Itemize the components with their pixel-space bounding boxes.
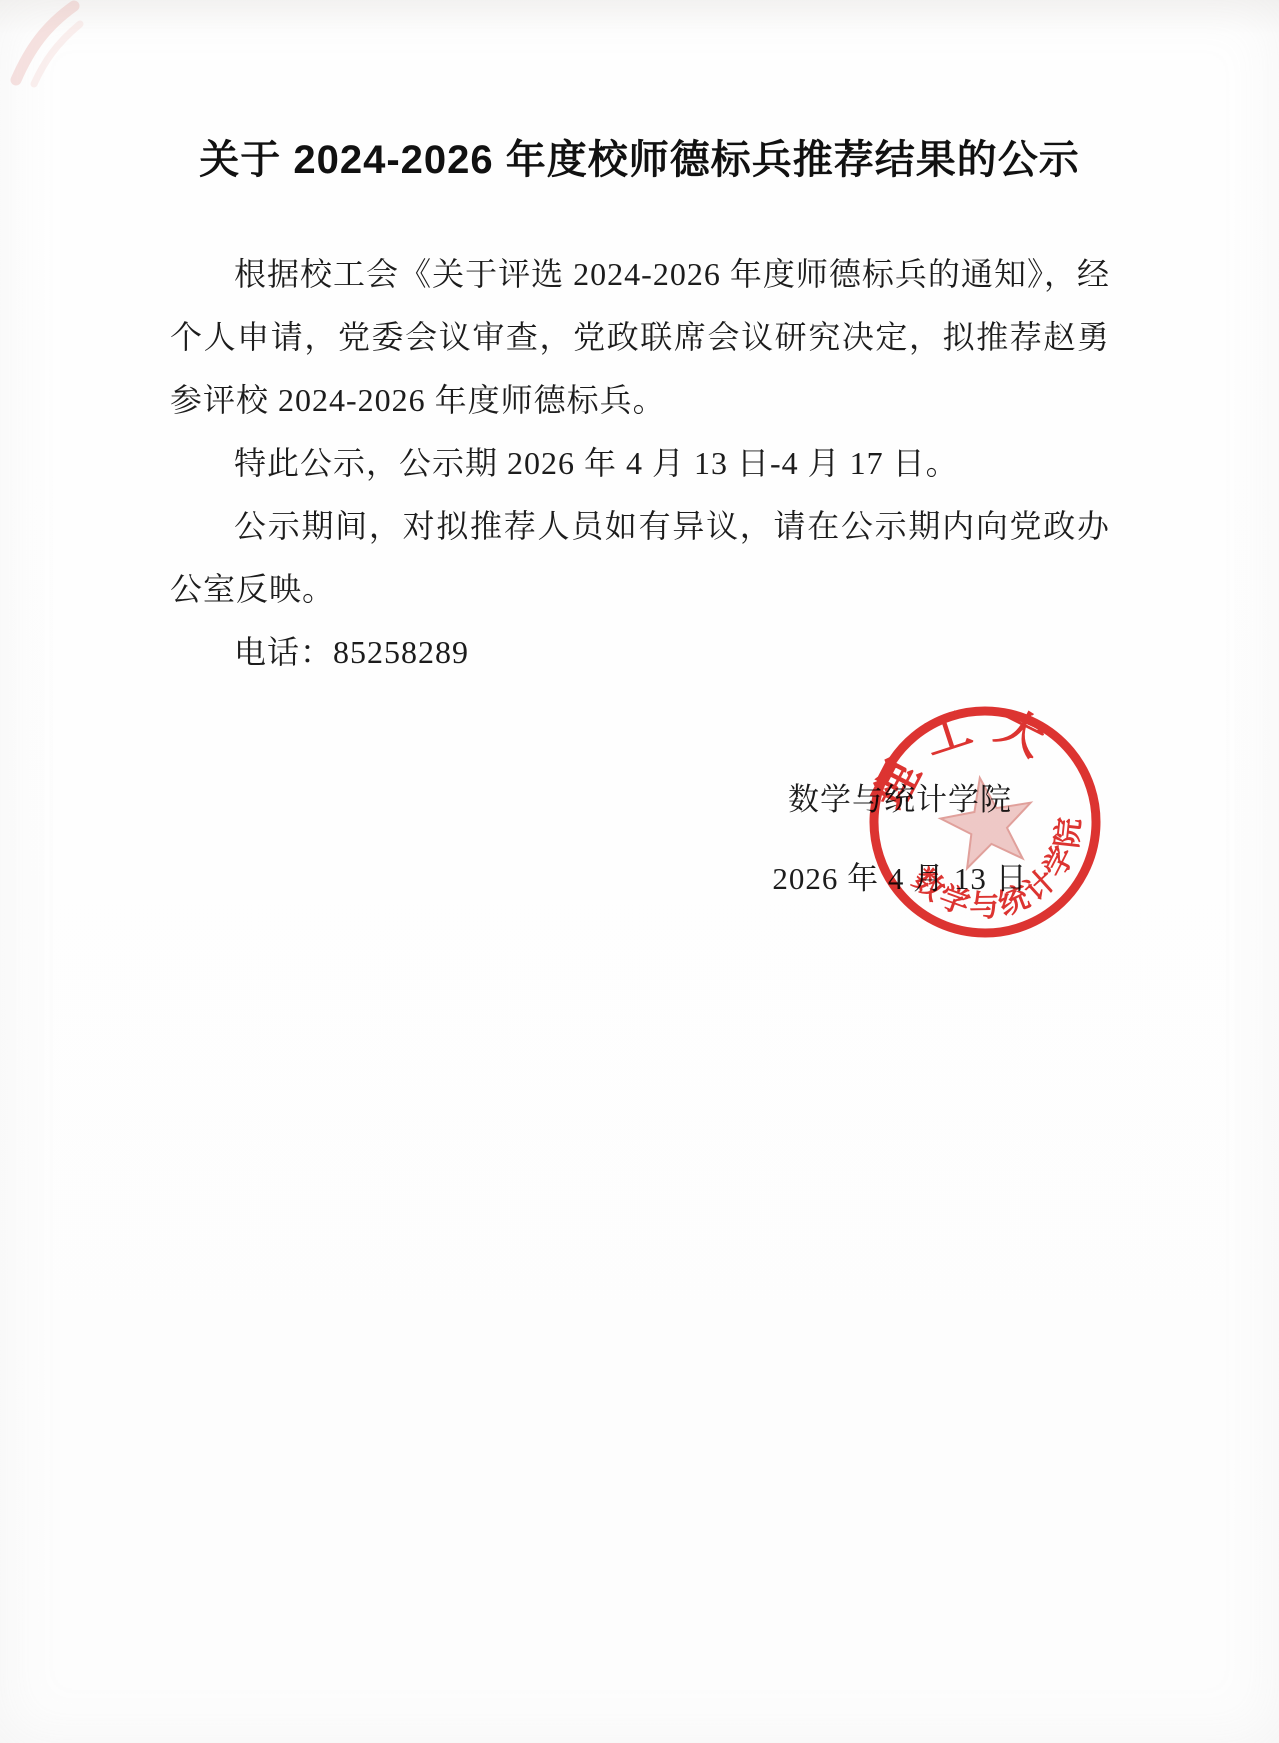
official-seal-stamp: 理工大 数学与统计学院 [853,690,1117,954]
body-paragraph-1: 根据校工会《关于评选 2024-2026 年度师德标兵的通知》，经个人申请，党委… [170,243,1110,432]
document-body: 根据校工会《关于评选 2024-2026 年度师德标兵的通知》，经个人申请，党委… [170,243,1110,684]
seal-star-icon [935,770,1040,871]
body-paragraph-2: 特此公示，公示期 2026 年 4 月 13 日-4 月 17 日。 [170,432,1110,495]
document-title: 关于 2024-2026 年度校师德标兵推荐结果的公示 [0,128,1279,185]
red-smudge-artifact [8,0,98,90]
announcement-document: 关于 2024-2026 年度校师德标兵推荐结果的公示 根据校工会《关于评选 2… [0,0,1279,1743]
body-paragraph-phone: 电话：85258289 [170,621,1110,684]
svg-text:理工大: 理工大 [853,690,1079,828]
body-paragraph-3: 公示期间，对拟推荐人员如有异议，请在公示期内向党政办公室反映。 [170,495,1110,621]
seal-top-arc-text: 理工大 [853,690,1079,828]
